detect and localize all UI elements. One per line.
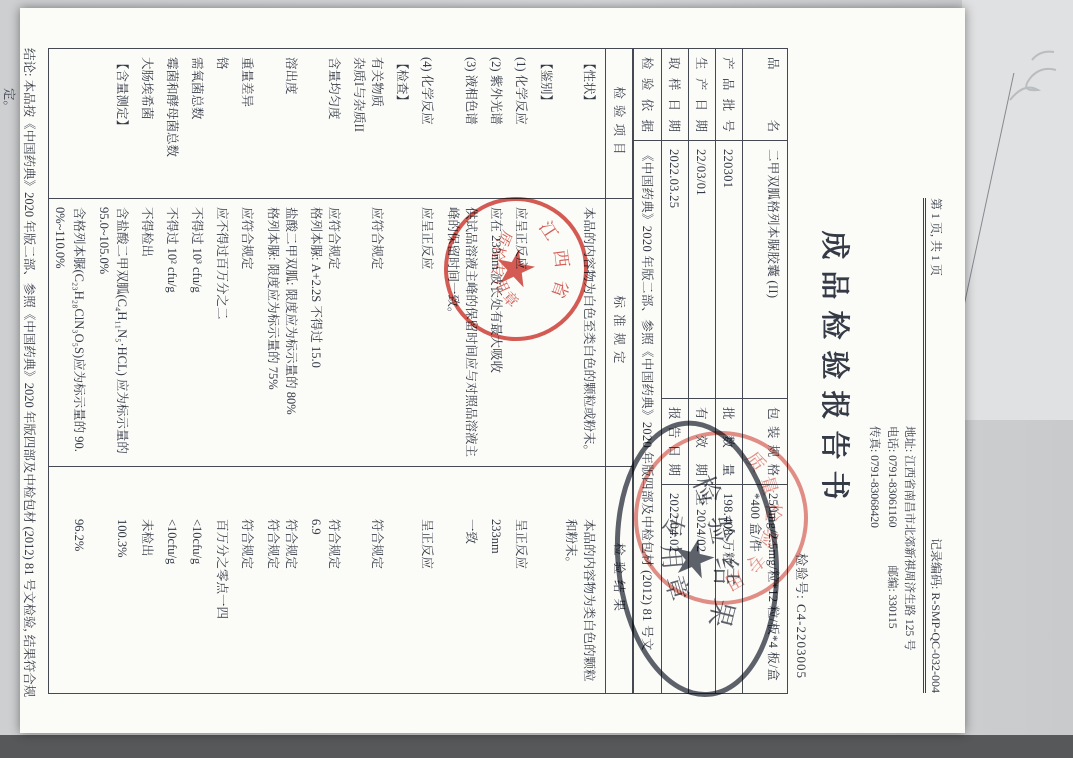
item-result: 呈正反应 bbox=[416, 467, 441, 694]
item-standard: 不得检出 bbox=[136, 199, 161, 467]
item-name bbox=[49, 49, 93, 199]
item-result: 呈正反应 bbox=[510, 467, 535, 694]
item-result: 100.3% bbox=[93, 467, 136, 694]
table-row: 【含量测定】 含盐酸二甲双胍(C₄H₁₁N₅·HCL) 应为标示量的 95.0~… bbox=[93, 49, 136, 694]
item-name: 大肠埃希菌 bbox=[136, 49, 161, 199]
item-result: 96.2% bbox=[49, 467, 93, 694]
item-result: 符合规定 bbox=[236, 467, 261, 694]
item-name: 【含量测定】 bbox=[93, 49, 136, 199]
report-title: 成品检验报告书 bbox=[816, 48, 857, 693]
table-row: 【鉴别】 bbox=[535, 49, 560, 694]
sampling-date-value: 2022.03.25 bbox=[661, 141, 688, 399]
red-overlay-arc-text: 质量检验专用 bbox=[712, 445, 798, 605]
report-page: 第 1 页, 共 1 页 记录编码: R-SMP-QC-032-004 地址: … bbox=[20, 8, 965, 733]
item-result: 233nm bbox=[485, 467, 510, 694]
table-row: (3) 液相色谱 供试品溶液主峰的保留时间应与对照品溶液主峰的保留时间一致。 一… bbox=[442, 49, 485, 694]
letterhead-phone-row: 电话: 0791-83061160 邮编: 330115 bbox=[883, 426, 900, 693]
item-standard: 不得过 10² cfu/g bbox=[161, 199, 186, 467]
item-name: 【鉴别】 bbox=[535, 49, 560, 199]
item-name: 【性状】 bbox=[560, 49, 606, 199]
red-overlay-stamp: 质量检验专用 bbox=[612, 409, 830, 627]
item-standard: 盐酸二甲双胍: 限度应为标示量的 80% 格列本脲: 限度应为标示量的 75% bbox=[262, 199, 305, 467]
sampling-date-label: 取样日期 bbox=[661, 49, 688, 141]
item-name: (3) 液相色谱 bbox=[442, 49, 485, 199]
col-header-item: 检验项目 bbox=[606, 49, 633, 199]
letterhead-phone: 电话: 0791-83061160 bbox=[883, 426, 900, 527]
table-row: 铬 应不得过百万分之二 百万分之零点一四 bbox=[211, 49, 236, 694]
item-name: (4) 化学反应 bbox=[416, 49, 441, 199]
qc-seal-star-icon: ★ bbox=[484, 243, 547, 295]
item-result: 未检出 bbox=[136, 467, 161, 694]
batch-no-label: 产品批号 bbox=[715, 49, 742, 141]
item-result: 百万分之零点一四 bbox=[211, 467, 236, 694]
item-result: 符合规定 符合规定 bbox=[262, 467, 305, 694]
report-content: 第 1 页, 共 1 页 记录编码: R-SMP-QC-032-004 地址: … bbox=[0, 8, 965, 733]
table-row: 【性状】 本品的内容物为白色至类白色的颗粒或粉末。 本品的内容物为类白色的颗粒和… bbox=[560, 49, 606, 694]
item-standard: 不得过 10³ cfu/g bbox=[186, 199, 211, 467]
item-standard: 应符合规定 bbox=[236, 199, 261, 467]
conclusion-block: 结论: 本品按《中国药典》2020 年版二部、参照《中国药典》2020 年版四部… bbox=[0, 48, 39, 703]
item-result: <10cfu/g bbox=[186, 467, 211, 694]
conclusion-paragraph: 结论: 本品按《中国药典》2020 年版二部、参照《中国药典》2020 年版四部… bbox=[0, 48, 39, 703]
mfg-date-value: 22/03/01 bbox=[688, 141, 715, 399]
item-name: 有关物质 杂质I与杂质II bbox=[348, 49, 391, 199]
table-row: 【检查】 bbox=[391, 49, 416, 694]
scanner-background: { "scan": { "page_info": "第 1 页, 共 1 页",… bbox=[0, 0, 1073, 758]
letterhead: 地址: 江西省南昌市北郊新祺周济生路 125 号 电话: 0791-830611… bbox=[865, 426, 917, 693]
letterhead-postcode: 邮编: 330115 bbox=[883, 565, 900, 628]
letterhead-address: 地址: 江西省南昌市北郊新祺周济生路 125 号 bbox=[900, 426, 917, 693]
table-row: 霉菌和酵母菌总数 不得过 10² cfu/g <10cfu/g bbox=[161, 49, 186, 694]
basis-label: 检验依据 bbox=[634, 49, 661, 141]
item-standard: 应符合规定 格列本脲: A+2.2S 不得过 15.0 bbox=[305, 199, 348, 467]
page-number: 第 1 页, 共 1 页 bbox=[928, 198, 945, 276]
item-standard bbox=[391, 199, 416, 467]
item-name: (2) 紫外光谱 bbox=[485, 49, 510, 199]
record-code: 记录编码: R-SMP-QC-032-004 bbox=[928, 538, 945, 693]
conclusion-label: 结论: bbox=[22, 48, 36, 76]
item-result: 一致 bbox=[442, 467, 485, 694]
table-row: (2) 紫外光谱 应在 233nm 波长处有最大吸收 233nm bbox=[485, 49, 510, 694]
item-name: 需氧菌总数 bbox=[186, 49, 211, 199]
scanner-dark-strip bbox=[0, 735, 1073, 758]
table-row: 含量均匀度 应符合规定 格列本脲: A+2.2S 不得过 15.0 符合规定 6… bbox=[305, 49, 348, 694]
table-row: (1) 化学反应 应呈正反应 呈正反应 bbox=[510, 49, 535, 694]
table-row: 溶出度 盐酸二甲双胍: 限度应为标示量的 80% 格列本脲: 限度应为标示量的 … bbox=[262, 49, 305, 694]
product-name-label: 品名 bbox=[743, 49, 788, 141]
item-result: 符合规定 bbox=[348, 467, 391, 694]
table-row: 有关物质 杂质I与杂质II 应符合规定 符合规定 bbox=[348, 49, 391, 694]
item-name: 重量差异 bbox=[236, 49, 261, 199]
item-standard: 应不得过百万分之二 bbox=[211, 199, 236, 467]
table-row: 需氧菌总数 不得过 10³ cfu/g <10cfu/g bbox=[186, 49, 211, 694]
mfg-date-label: 生产日期 bbox=[688, 49, 715, 141]
item-name: 溶出度 bbox=[262, 49, 305, 199]
item-name: 【检查】 bbox=[391, 49, 416, 199]
item-result bbox=[535, 467, 560, 694]
table-row: 重量差异 应符合规定 符合规定 bbox=[236, 49, 261, 694]
batch-no-value: 220301 bbox=[715, 141, 742, 399]
item-standard: 应符合规定 bbox=[348, 199, 391, 467]
item-result: 符合规定 6.9 bbox=[305, 467, 348, 694]
item-standard: 含格列本脲(C₂₃H₂₈ClN₃O₅S)应为标示量的 90.0%~110.0% bbox=[49, 199, 93, 467]
table-row: 大肠埃希菌 不得检出 未检出 bbox=[136, 49, 161, 694]
item-name: (1) 化学反应 bbox=[510, 49, 535, 199]
letterhead-fax: 传真: 0791-83068420 bbox=[865, 426, 882, 693]
product-name-value: 二甲双胍格列本脲胶囊 (II) bbox=[743, 141, 788, 399]
item-standard: 含盐酸二甲双胍(C₄H₁₁N₅·HCL) 应为标示量的 95.0~105.0% bbox=[93, 199, 136, 467]
item-name: 铬 bbox=[211, 49, 236, 199]
item-name: 霉菌和酵母菌总数 bbox=[161, 49, 186, 199]
table-row: 含格列本脲(C₂₃H₂₈ClN₃O₅S)应为标示量的 90.0%~110.0% … bbox=[49, 49, 93, 694]
inspection-items-table: 检验项目 标准规定 检验结果 【性状】 本品的内容物为白色至类白色的颗粒或粉末。… bbox=[48, 48, 633, 694]
qc-seal-stamp: 江西省 质检专用章 ★ bbox=[431, 184, 600, 353]
conclusion-text: 本品按《中国药典》2020 年版二部、参照《中国药典》2020 年版四部及中检包… bbox=[2, 80, 36, 698]
item-result: <10cfu/g bbox=[161, 467, 186, 694]
pencil-scribble bbox=[1002, 38, 1068, 124]
item-result bbox=[391, 467, 416, 694]
table-row: (4) 化学反应 应呈正反应 呈正反应 bbox=[416, 49, 441, 694]
header-rule-line: 第 1 页, 共 1 页 记录编码: R-SMP-QC-032-004 bbox=[923, 198, 945, 693]
item-name: 含量均匀度 bbox=[305, 49, 348, 199]
